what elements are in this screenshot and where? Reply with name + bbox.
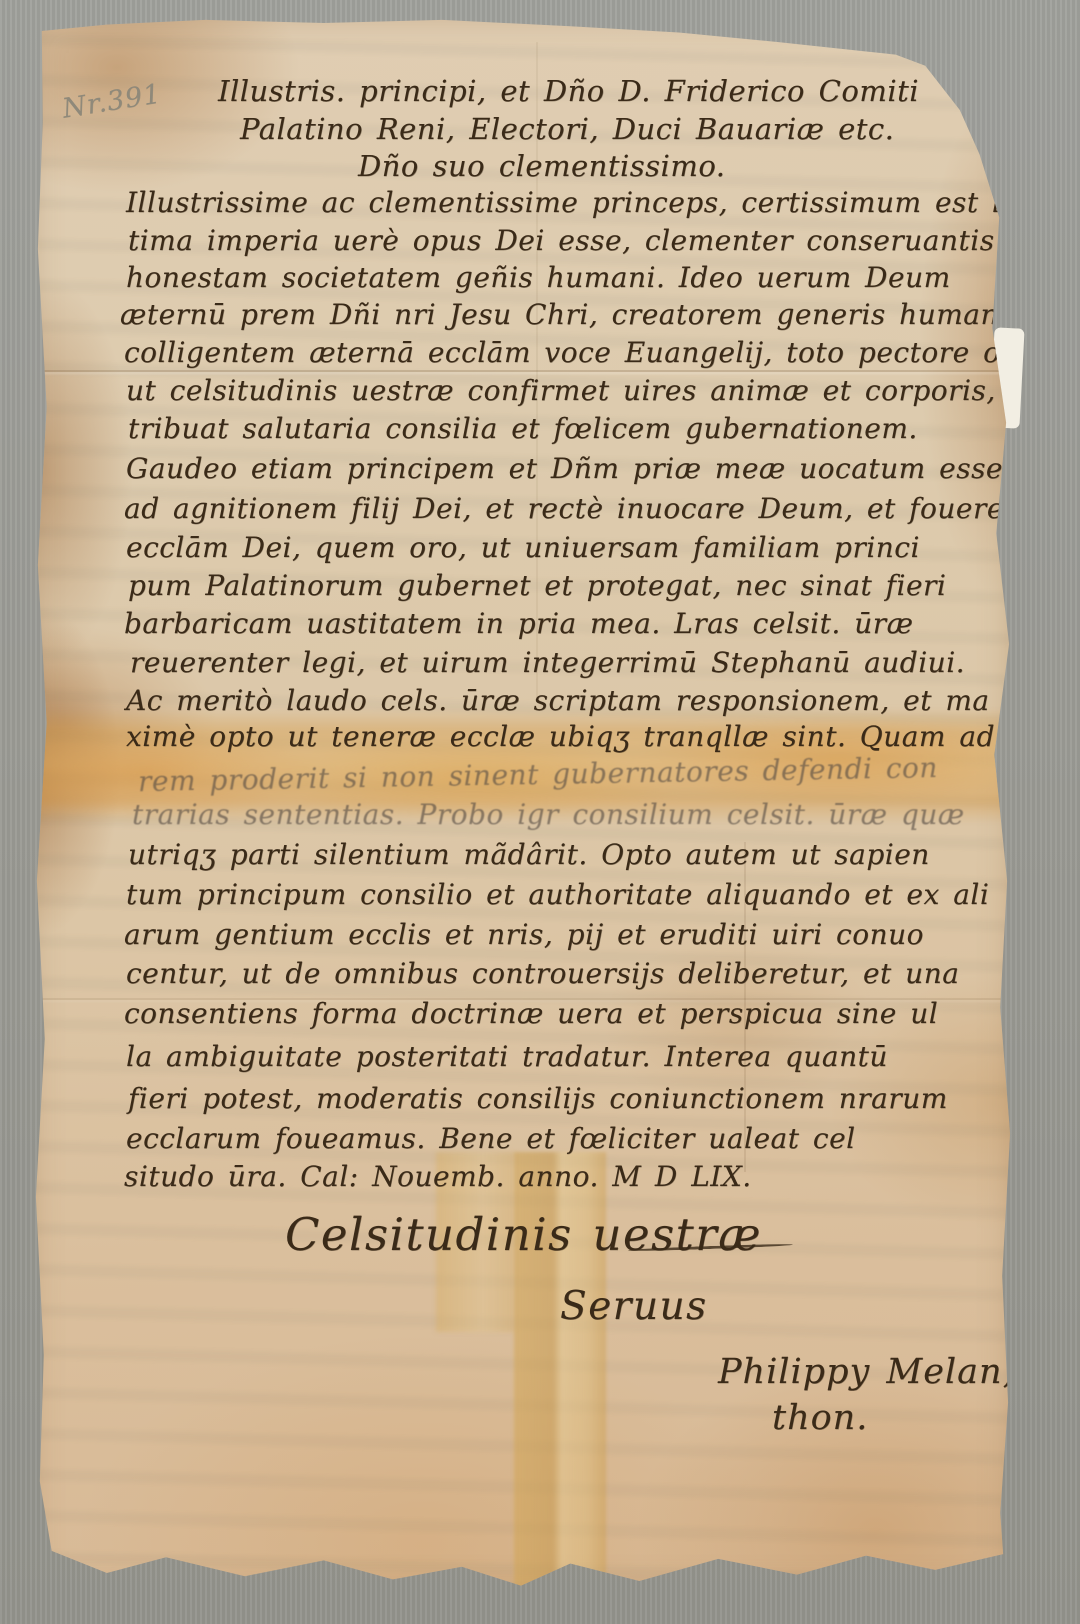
fold-crease-horizontal-upper [28, 370, 1014, 372]
heading-line: Dño suo clementissimo. [358, 149, 726, 183]
closing-role: Seruus [560, 1284, 708, 1329]
signature-line: Philippy Melan„ [718, 1352, 1022, 1392]
manuscript-page: Nr.391 Illustris. principi, et Dño D. Fr… [28, 12, 1014, 1592]
body-line: tima imperia uerè opus Dei esse, clement… [128, 224, 995, 257]
body-line-faded: trarias sententias. Probo igr consilium … [132, 798, 965, 831]
body-line: tum principum consilio et authoritate al… [126, 878, 989, 911]
heading-line: Illustris. principi, et Dño D. Friderico… [218, 74, 919, 108]
body-line: ecclarum foueamus. Bene et fœliciter ual… [126, 1122, 856, 1155]
body-line: reuerenter legi, et uirum integerrimū St… [130, 646, 965, 679]
body-line: situdo ūra. Cal: Nouemb. anno. M D LIX. [124, 1160, 752, 1193]
body-line: colligentem æternā ecclām voce Euangelij… [124, 336, 1041, 369]
body-line: arum gentium ecclis et nris, pij et erud… [124, 918, 924, 951]
archival-number: Nr.391 [60, 78, 163, 124]
body-line: ut celsitudinis uestræ confirmet uires a… [126, 374, 1038, 407]
body-line: barbaricam uastitatem in pria mea. Lras … [124, 607, 913, 640]
body-line: pum Palatinorum gubernet et protegat, ne… [128, 569, 946, 602]
body-line: ecclām Dei, quem oro, ut uniuersam famil… [126, 531, 920, 564]
body-line: tribuat salutaria consilia et fœlicem gu… [128, 412, 918, 445]
body-line: æternū prem Dñi nri Jesu Chri, creatorem… [120, 298, 1018, 331]
photograph-background: Nr.391 Illustris. principi, et Dño D. Fr… [0, 0, 1080, 1624]
signature-line: thon. [772, 1398, 868, 1438]
body-line: Illustrissime ac clementissime princeps,… [126, 186, 1046, 219]
body-line: honestam societatem geñis humani. Ideo u… [126, 261, 951, 294]
body-line: utriqʒ parti silentium mãdârit. Opto aut… [128, 838, 930, 871]
body-line: fieri potest, moderatis consilijs coniun… [128, 1082, 948, 1115]
body-line: Gaudeo etiam principem et Dñm priæ meæ u… [126, 452, 1003, 485]
body-line: ximè opto ut teneræ ecclæ ubiqʒ tranqllæ… [126, 720, 995, 753]
body-line: consentiens forma doctrinæ uera et persp… [124, 997, 938, 1030]
body-line: Ac meritò laudo cels. ūræ scriptam respo… [126, 684, 990, 717]
body-line: ad agnitionem filij Dei, et rectè inuoca… [124, 492, 1004, 525]
heading-line: Palatino Reni, Electori, Duci Bauariæ et… [240, 112, 894, 146]
body-line: centur, ut de omnibus controuersijs deli… [126, 957, 959, 990]
body-line: la ambiguitate posteritati tradatur. Int… [126, 1040, 888, 1073]
closing-salutation: Celsitudinis uestræ [285, 1208, 762, 1261]
